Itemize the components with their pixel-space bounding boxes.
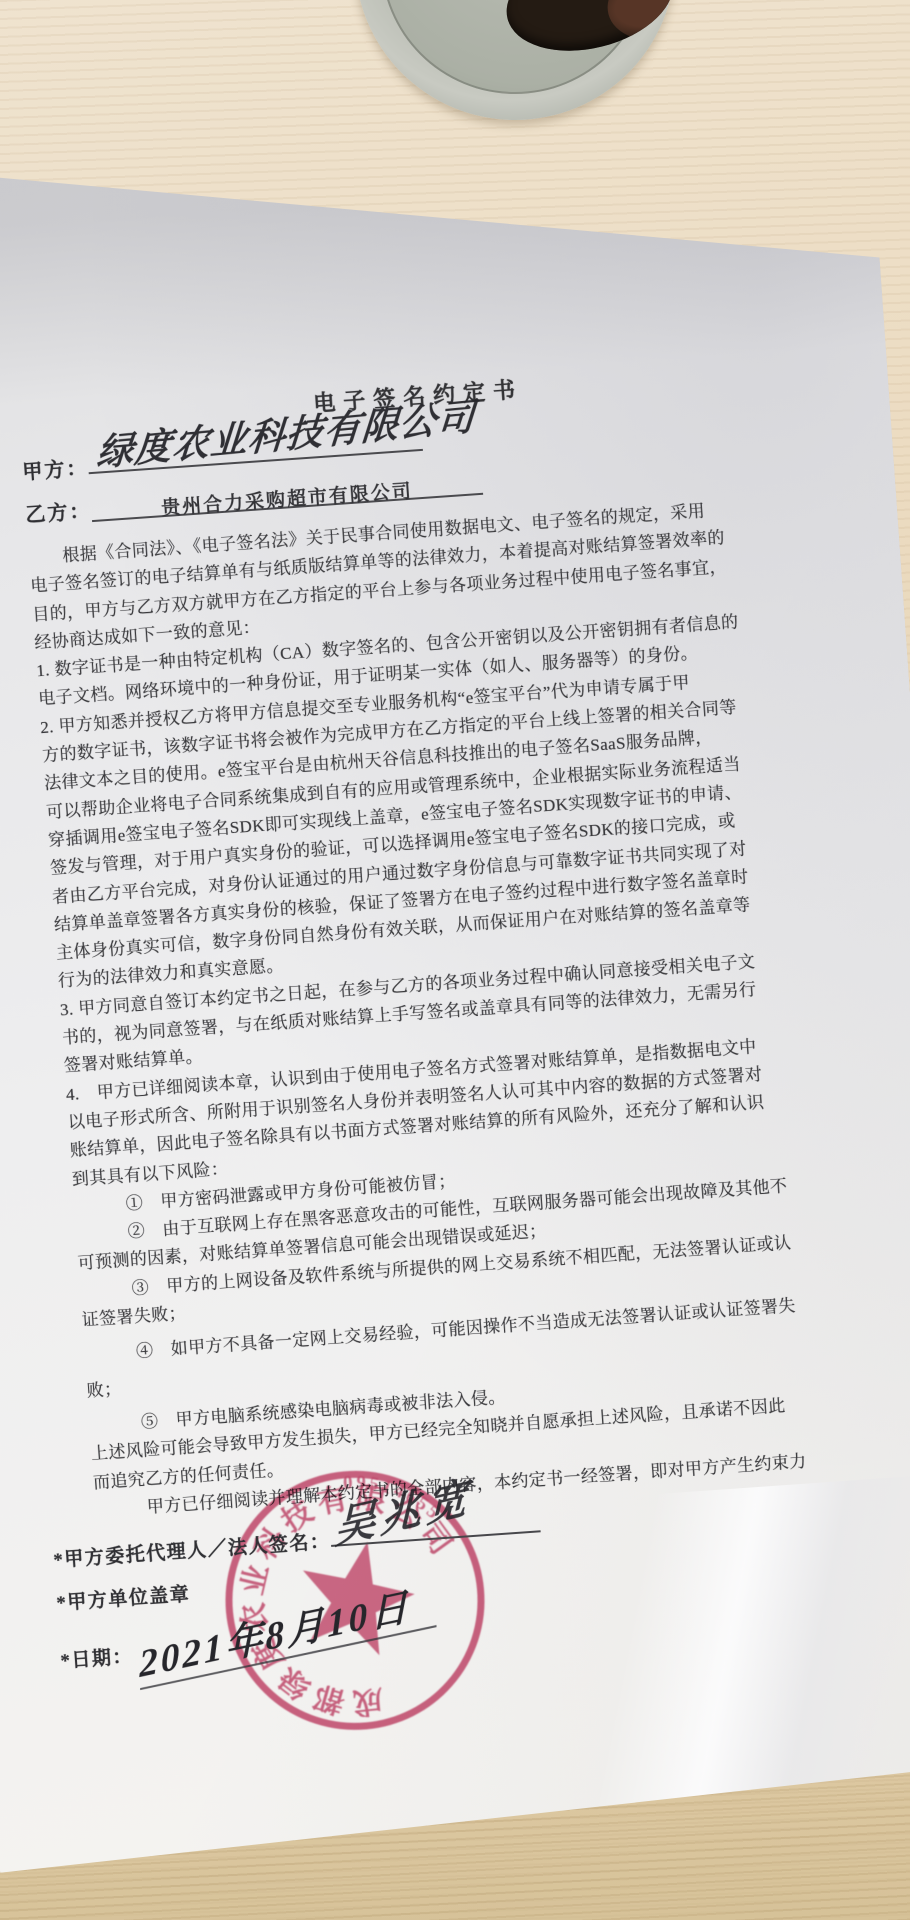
contract-content: 电子签名约定书 甲方：绿度农业科技有限公司 乙方：贵州合力采购超市有限公司 根据…	[0, 91, 894, 1526]
signature-underline: 吴兆宽	[329, 1508, 540, 1547]
contract-body: 根据《合同法》、《电子签名法》关于民事合同使用数据电文、电子签名的规定，采用电子…	[28, 489, 895, 1526]
party-b-label: 乙方：	[25, 500, 92, 527]
party-a-underline: 绿度农业科技有限公司	[87, 425, 423, 474]
contract-paper: 电子签名约定书 甲方：绿度农业科技有限公司 乙方：贵州合力采购超市有限公司 根据…	[0, 86, 910, 1881]
signature-label: *甲方委托代理人／法人签名：	[53, 1531, 331, 1571]
party-b-name: 贵州合力采购超市有限公司	[161, 481, 414, 520]
date-label: *日期：	[60, 1646, 134, 1672]
party-a-label: 甲方：	[22, 457, 89, 484]
